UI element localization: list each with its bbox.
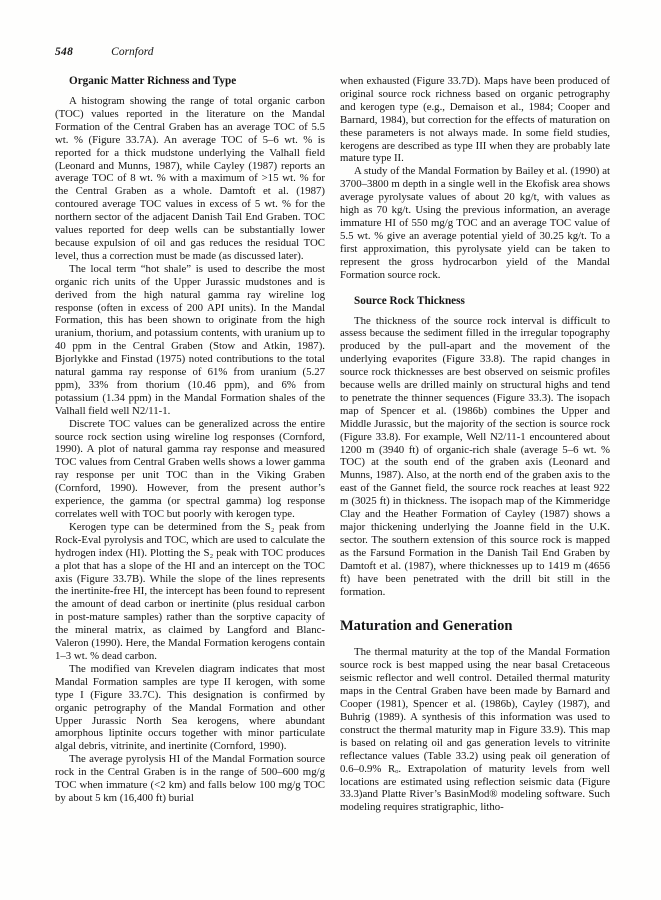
- book-page: 548 Cornford Organic Matter Richness and…: [0, 0, 661, 900]
- paragraph: The thickness of the source rock interva…: [340, 315, 610, 599]
- right-column: when exhausted (Figure 33.7D). Maps have…: [340, 75, 610, 814]
- paragraph: The local term “hot shale” is used to de…: [55, 263, 325, 418]
- paragraph: A study of the Mandal Formation by Baile…: [340, 165, 610, 281]
- paragraph: The average pyrolysis HI of the Mandal F…: [55, 753, 325, 805]
- paragraph: Kerogen type can be determined from the …: [55, 521, 325, 663]
- two-column-layout: Organic Matter Richness and TypeA histog…: [55, 75, 610, 814]
- paragraph: The modified van Krevelen diagram indica…: [55, 663, 325, 753]
- running-header: 548 Cornford: [55, 46, 610, 58]
- paragraph: A histogram showing the range of total o…: [55, 95, 325, 263]
- paragraph: The thermal maturity at the top of the M…: [340, 646, 610, 814]
- subsection-heading: Source Rock Thickness: [340, 295, 610, 308]
- section-heading: Maturation and Generation: [340, 618, 610, 634]
- running-head-author: Cornford: [111, 46, 153, 58]
- subsection-heading: Organic Matter Richness and Type: [55, 75, 325, 88]
- paragraph-continuation: when exhausted (Figure 33.7D). Maps have…: [340, 75, 610, 165]
- page-number: 548: [55, 46, 73, 58]
- paragraph: Discrete TOC values can be generalized a…: [55, 418, 325, 521]
- left-column: Organic Matter Richness and TypeA histog…: [55, 75, 325, 814]
